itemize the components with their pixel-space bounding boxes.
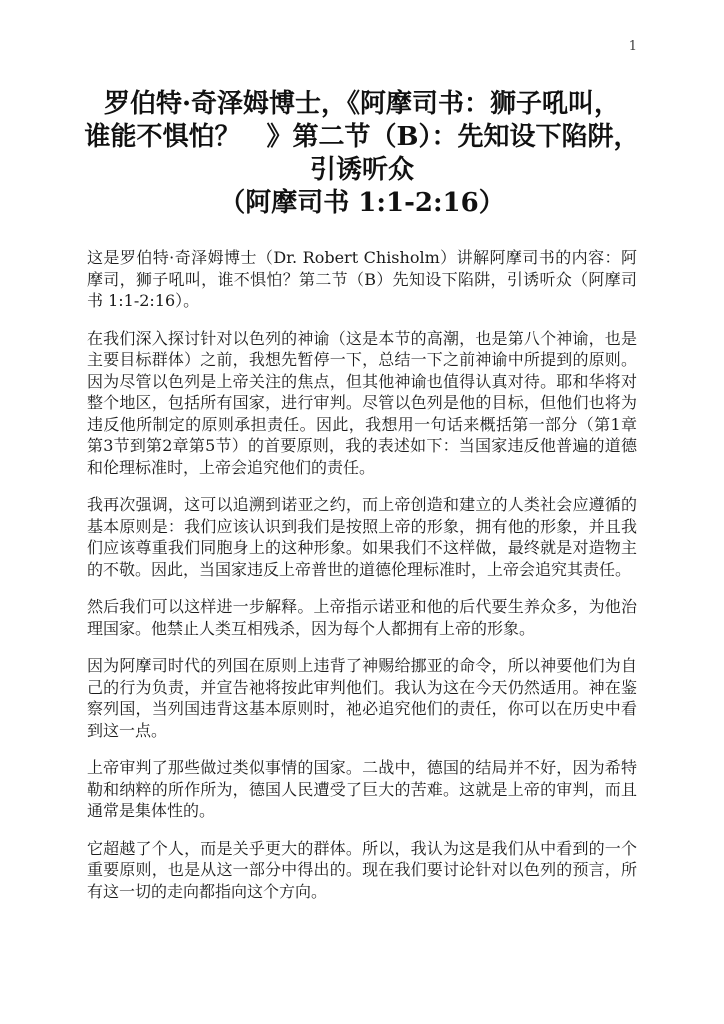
paragraph-intro: 这是罗伯特·奇泽姆博士（Dr. Robert Chisholm）讲解阿摩司书的内… [87, 247, 637, 312]
document-title-line-2: 谁能不惧怕？ 》第二节（B）：先知设下陷阱， [40, 121, 684, 154]
page-number: 1 [629, 40, 637, 54]
paragraph-summary-principle: 在我们深入探讨针对以色列的神谕（这是本节的高潮，也是第八个神谕，也是主要目标群体… [87, 328, 637, 479]
document-title: 罗伯特·奇泽姆博士，《阿摩司书：狮子吼叫， 谁能不惧怕？ 》第二节（B）：先知设… [40, 88, 684, 220]
paragraph-nations-accountable: 因为阿摩司时代的列国在原则上违背了神赐给挪亚的命令，所以神要他们为自己的行为负责… [87, 655, 637, 741]
document-title-line-3: 引诱听众 [40, 154, 684, 187]
document-body: 这是罗伯特·奇泽姆博士（Dr. Robert Chisholm）讲解阿摩司书的内… [87, 247, 637, 918]
paragraph-noah-instruction: 然后我们可以这样进一步解释。上帝指示诺亚和他的后代要生养众多，为他治理国家。他禁… [87, 596, 637, 639]
paragraph-noah-covenant: 我再次强调，这可以追溯到诺亚之约，而上帝创造和建立的人类社会应遵循的基本原则是：… [87, 494, 637, 580]
document-title-line-1: 罗伯特·奇泽姆博士，《阿摩司书：狮子吼叫， [40, 88, 684, 121]
paragraph-germany-judgment: 上帝审判了那些做过类似事情的国家。二战中，德国的结局并不好，因为希特勒和纳粹的所… [87, 757, 637, 822]
document-title-line-4: （阿摩司书 1:1-2:16） [40, 187, 684, 220]
paragraph-collective-principle: 它超越了个人，而是关乎更大的群体。所以，我认为这是我们从中看到的一个重要原则，也… [87, 838, 637, 903]
document-page: 1 罗伯特·奇泽姆博士，《阿摩司书：狮子吼叫， 谁能不惧怕？ 》第二节（B）：先… [0, 0, 724, 1024]
